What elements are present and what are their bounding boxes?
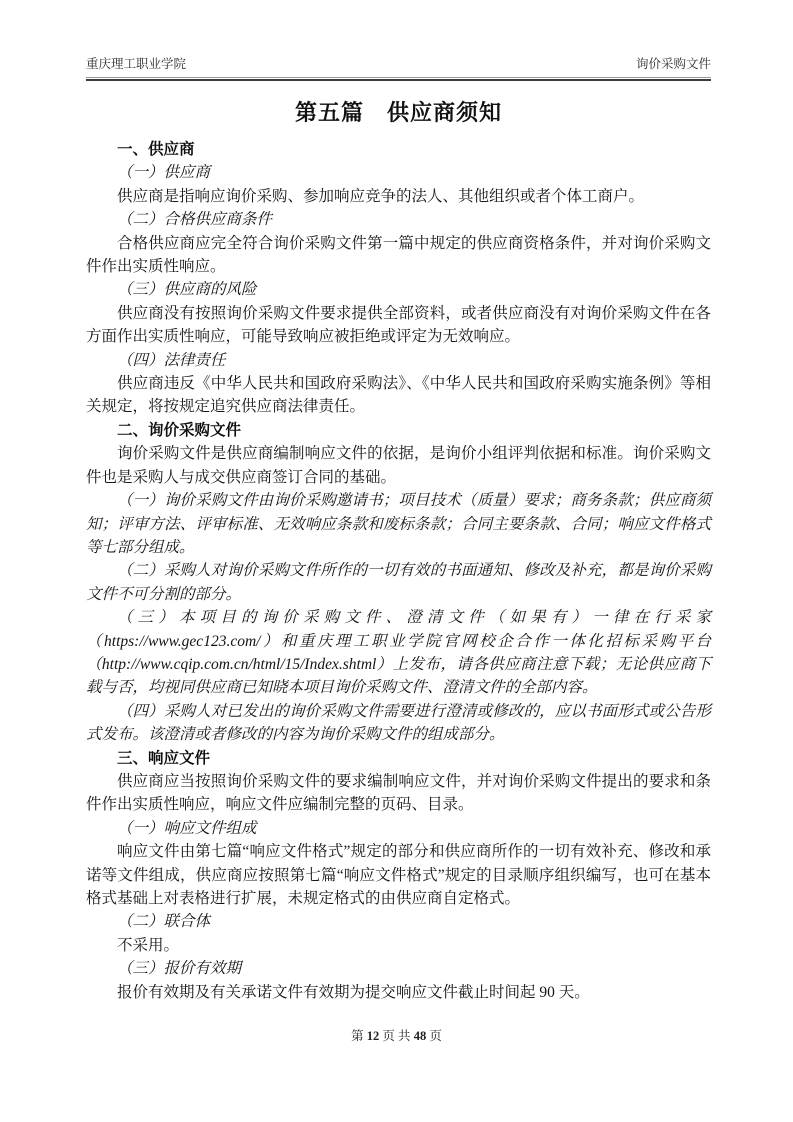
paragraph: （二）采购人对询价采购文件所作的一切有效的书面通知、修改及补充，都是询价采购文件…: [86, 559, 711, 606]
paragraph: 供应商应当按照询价采购文件的要求编制响应文件，并对询价采购文件提出的要求和条件作…: [86, 770, 711, 817]
paragraph: 不采用。: [86, 934, 711, 957]
paragraph: 供应商违反《中华人民共和国政府采购法》、《中华人民共和国政府采购实施条例》等相关…: [86, 372, 711, 419]
subsection-heading: （一）响应文件组成: [86, 817, 711, 840]
page-title: 第五篇 供应商须知: [86, 96, 711, 127]
header-right-text: 询价采购文件: [636, 54, 711, 72]
paragraph: （三）本项目的询价采购文件、澄清文件（如果有）一律在行采家（https://ww…: [86, 606, 711, 700]
subsection-heading: （三）报价有效期: [86, 957, 711, 980]
paragraph: 供应商没有按照询价采购文件要求提供全部资料，或者供应商没有对询价采购文件在各方面…: [86, 302, 711, 349]
footer-suffix: 页: [429, 1029, 442, 1043]
paragraph: 报价有效期及有关承诺文件有效期为提交响应文件截止时间起 90 天。: [86, 981, 711, 1004]
section-heading: 三、响应文件: [86, 747, 711, 770]
header-left-text: 重庆理工职业学院: [86, 54, 186, 72]
paragraph: 响应文件由第七篇“响应文件格式”规定的部分和供应商所作的一切有效补充、修改和承诺…: [86, 840, 711, 910]
footer-prefix: 第: [351, 1029, 364, 1043]
footer-page-number: 12: [367, 1029, 380, 1043]
document-page: 重庆理工职业学院 询价采购文件 第五篇 供应商须知 一、供应商 （一）供应商 供…: [0, 0, 793, 1122]
footer-middle: 页 共: [382, 1029, 410, 1043]
subsection-heading: （三）供应商的风险: [86, 278, 711, 301]
section-heading: 一、供应商: [86, 138, 711, 161]
header-divider: [86, 77, 711, 81]
paragraph: （四）采购人对已发出的询价采购文件需要进行澄清或修改的，应以书面形式或公告形式发…: [86, 700, 711, 747]
footer-total-pages: 48: [414, 1029, 427, 1043]
paragraph: 供应商是指响应询价采购、参加响应竞争的法人、其他组织或者个体工商户。: [86, 185, 711, 208]
page-footer: 第 12 页 共 48 页: [0, 1026, 793, 1044]
section-heading: 二、询价采购文件: [86, 419, 711, 442]
subsection-heading: （四）法律责任: [86, 349, 711, 372]
page-header: 重庆理工职业学院 询价采购文件: [86, 0, 711, 81]
subsection-heading: （二）联合体: [86, 910, 711, 933]
document-body: 一、供应商 （一）供应商 供应商是指响应询价采购、参加响应竞争的法人、其他组织或…: [86, 138, 711, 1004]
paragraph: （一）询价采购文件由询价采购邀请书；项目技术（质量）要求；商务条款；供应商须知；…: [86, 489, 711, 559]
subsection-heading: （一）供应商: [86, 161, 711, 184]
paragraph: 询价采购文件是供应商编制响应文件的依据，是询价小组评判依据和标准。询价采购文件也…: [86, 442, 711, 489]
subsection-heading: （二）合格供应商条件: [86, 208, 711, 231]
paragraph: 合格供应商应完全符合询价采购文件第一篇中规定的供应商资格条件，并对询价采购文件作…: [86, 232, 711, 279]
